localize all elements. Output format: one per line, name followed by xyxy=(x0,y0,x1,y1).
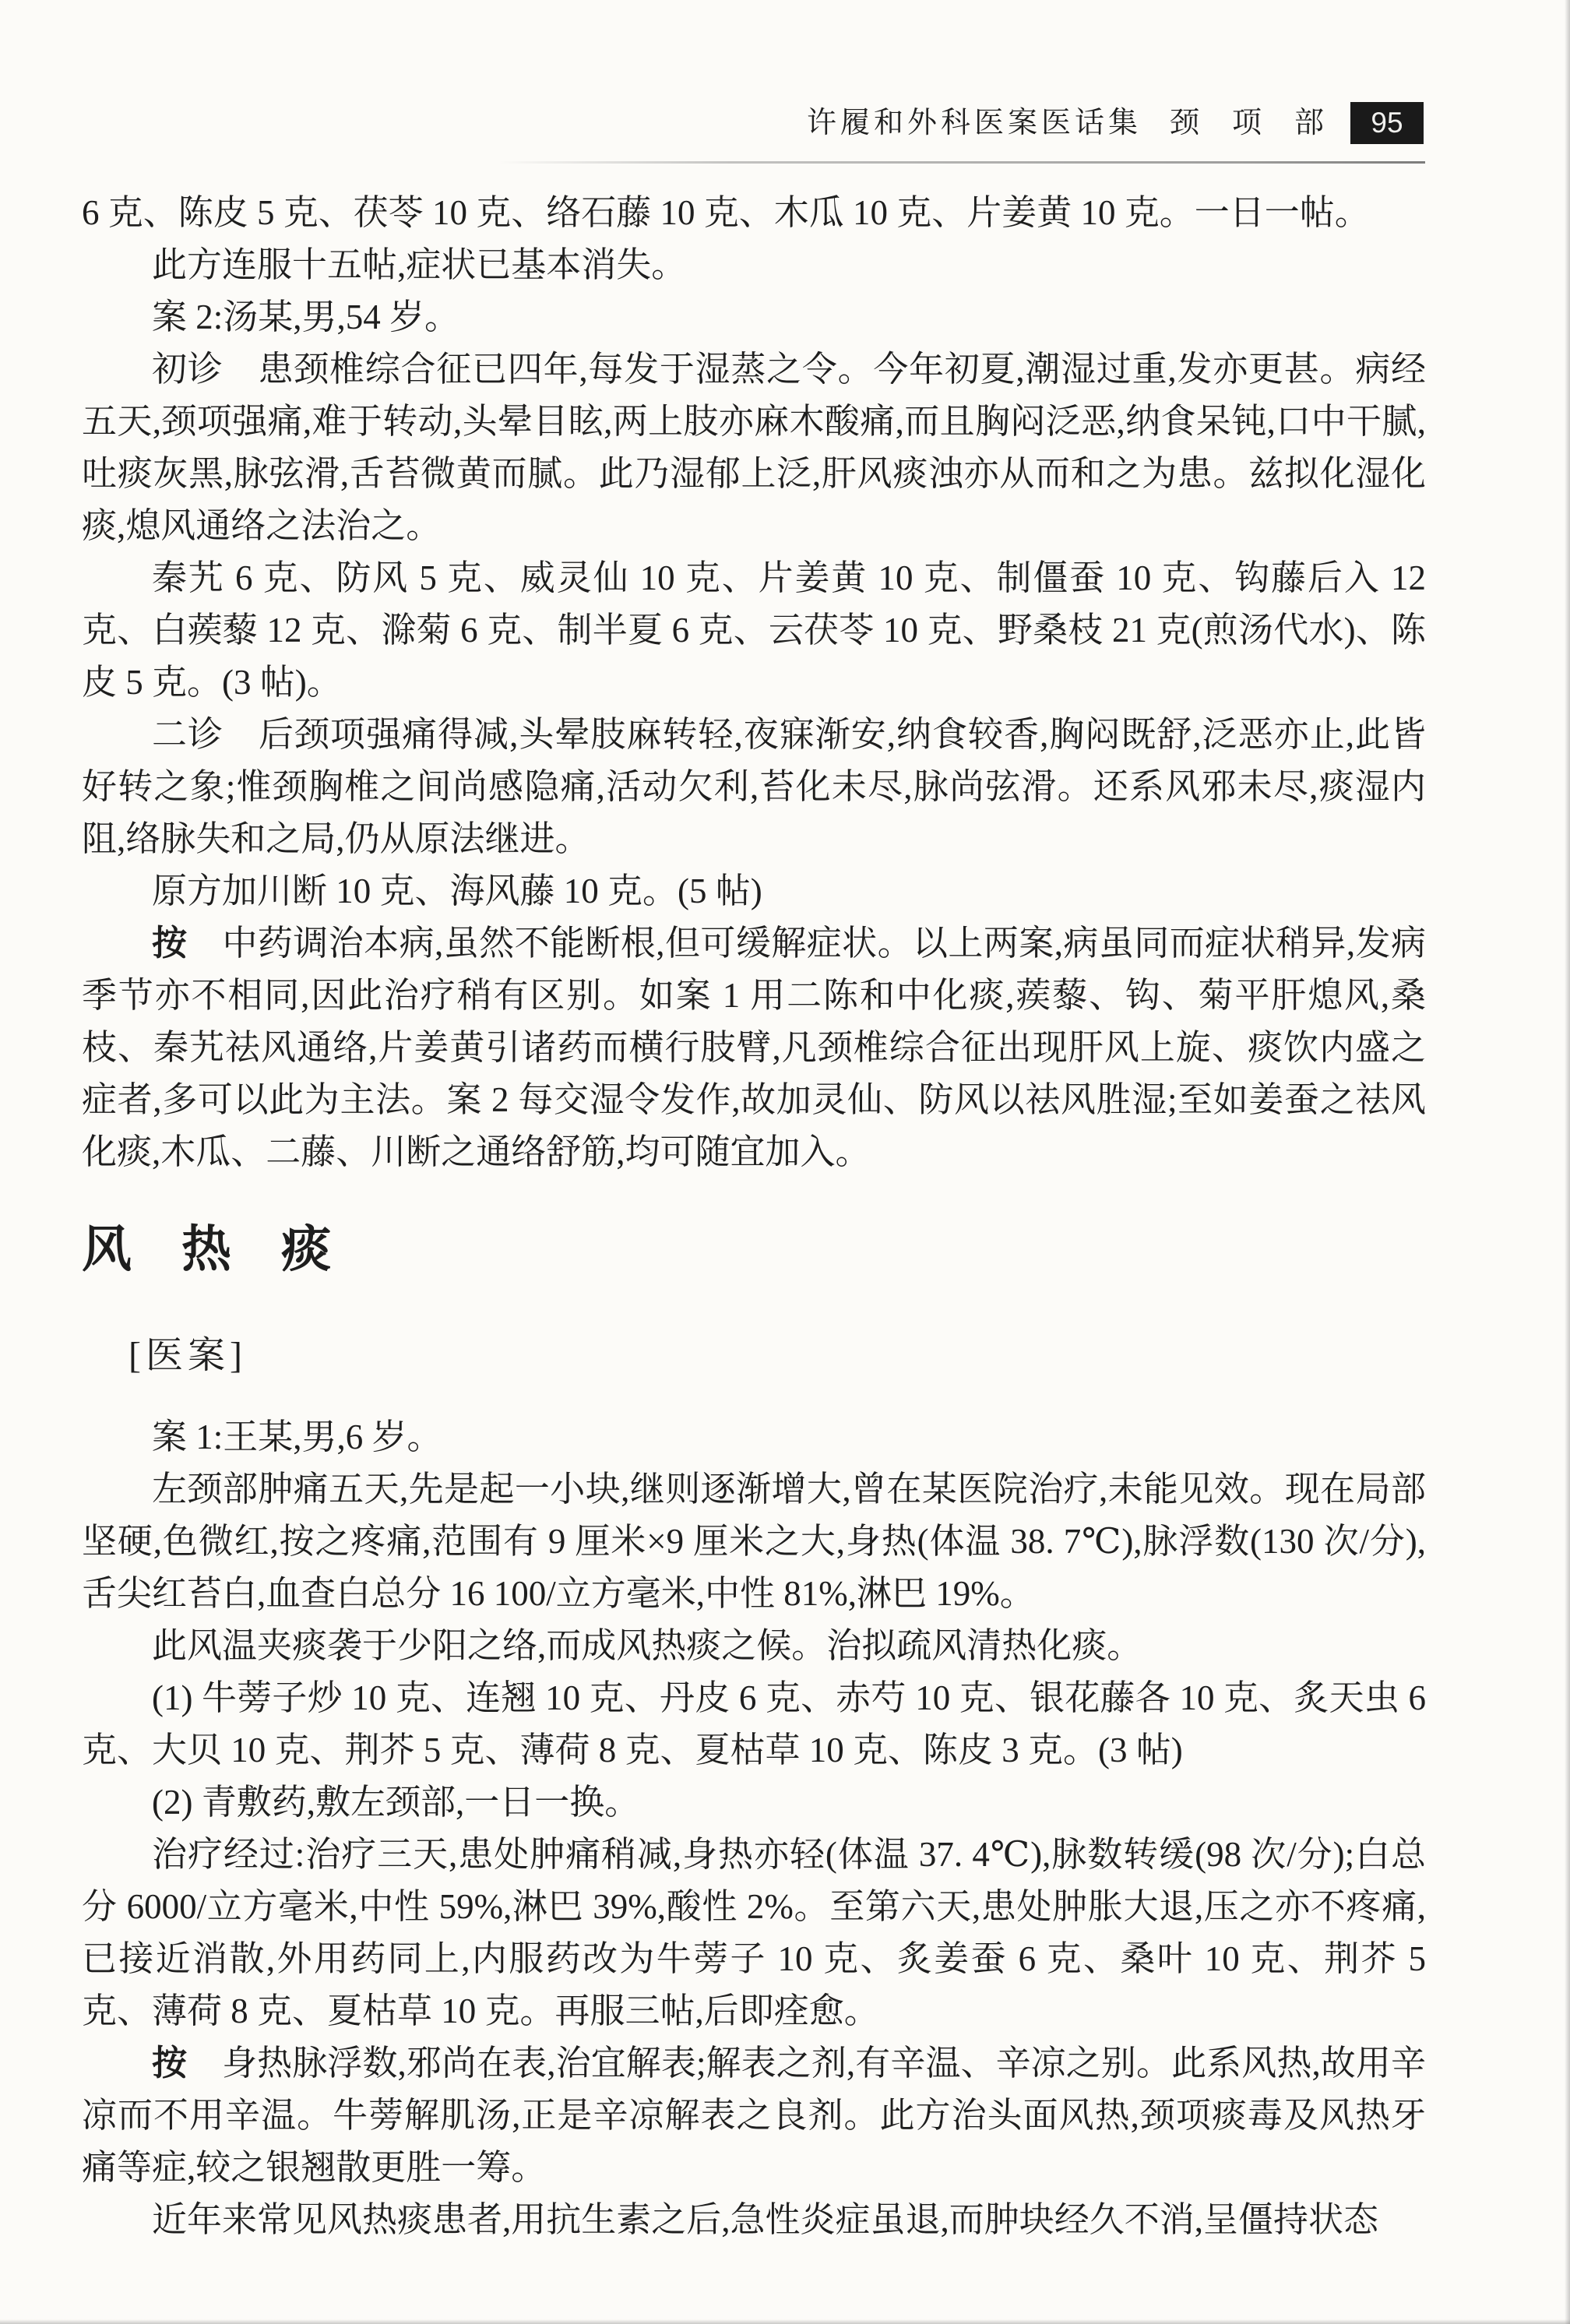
paragraph-first-visit: 初诊患颈椎综合征已四年,每发于湿蒸之令。今年初夏,潮湿过重,发亦更甚。病经五天,… xyxy=(82,343,1426,552)
paragraph-rx-continuation: 6 克、陈皮 5 克、茯苓 10 克、络石藤 10 克、木瓜 10 克、片姜黄 … xyxy=(82,187,1426,239)
commentary-2-text: 身热脉浮数,邪尚在表,治宜解表;解表之剂,有辛温、辛凉之别。此系风热,故用辛凉而… xyxy=(82,2044,1426,2187)
page-header: 许履和外科医案医话集 颈 项 部 95 xyxy=(0,101,1424,145)
section-title: 风 热 痰 xyxy=(82,1214,1426,1286)
records-label: [医案] xyxy=(128,1329,1426,1382)
paragraph-case2-header: 案 2:汤某,男,54 岁。 xyxy=(82,291,1426,343)
paragraph-rx-item-2: (2) 青敷药,敷左颈部,一日一换。 xyxy=(82,1776,1426,1829)
paragraph-diagnosis: 此风温夹痰袭于少阳之络,而成风热痰之候。治拟疏风清热化痰。 xyxy=(82,1620,1426,1672)
first-visit-label: 初诊 xyxy=(152,350,224,389)
text-block: 6 克、陈皮 5 克、茯苓 10 克、络石藤 10 克、木瓜 10 克、片姜黄 … xyxy=(82,187,1426,2246)
paragraph-case1-header: 案 1:王某,男,6 岁。 xyxy=(82,1411,1426,1463)
running-head-book-title: 许履和外科医案医话集 xyxy=(807,101,1142,145)
book-page: 许履和外科医案医话集 颈 项 部 95 6 克、陈皮 5 克、茯苓 10 克、络… xyxy=(0,0,1570,2324)
paragraph-result: 此方连服十五帖,症状已基本消失。 xyxy=(82,239,1426,291)
scan-shadow-right xyxy=(1565,0,1570,2324)
paragraph-commentary: 按中药调治本病,虽然不能断根,但可缓解症状。以上两案,病虽同而症状稍异,发病季节… xyxy=(82,917,1426,1178)
page-number-badge: 95 xyxy=(1350,102,1424,144)
scan-shadow-bottom xyxy=(0,2319,1570,2324)
paragraph-rx-item-1: (1) 牛蒡子炒 10 克、连翘 10 克、丹皮 6 克、赤芍 10 克、银花藤… xyxy=(82,1672,1426,1776)
paragraph-commentary-2: 按身热脉浮数,邪尚在表,治宜解表;解表之剂,有辛温、辛凉之别。此系风热,故用辛凉… xyxy=(82,2037,1426,2194)
second-visit-text: 后颈项强痛得减,头晕肢麻转轻,夜寐渐安,纳食较香,胸闷既舒,泛恶亦止,此皆好转之… xyxy=(82,715,1426,858)
paragraph-closing: 近年来常见风热痰患者,用抗生素之后,急性炎症虽退,而肿块经久不消,呈僵持状态 xyxy=(82,2194,1426,2246)
header-rule xyxy=(498,161,1425,164)
paragraph-prescription-1: 秦艽 6 克、防风 5 克、威灵仙 10 克、片姜黄 10 克、制僵蚕 10 克… xyxy=(82,552,1426,709)
commentary-text: 中药调治本病,虽然不能断根,但可缓解症状。以上两案,病虽同而症状稍异,发病季节亦… xyxy=(82,924,1426,1171)
second-visit-label: 二诊 xyxy=(152,715,224,754)
commentary-2-label: 按 xyxy=(152,2044,187,2083)
running-head-section: 颈 项 部 xyxy=(1170,101,1325,145)
paragraph-treatment-course: 治疗经过:治疗三天,患处肿痛稍减,身热亦轻(体温 37. 4℃),脉数转缓(98… xyxy=(82,1829,1426,2037)
commentary-label: 按 xyxy=(152,924,187,963)
paragraph-second-visit: 二诊后颈项强痛得减,头晕肢麻转轻,夜寐渐安,纳食较香,胸闷既舒,泛恶亦止,此皆好… xyxy=(82,709,1426,865)
paragraph-presentation: 左颈部肿痛五天,先是起一小块,继则逐渐增大,曾在某医院治疗,未能见效。现在局部坚… xyxy=(82,1463,1426,1620)
paragraph-prescription-2: 原方加川断 10 克、海风藤 10 克。(5 帖) xyxy=(82,865,1426,917)
first-visit-text: 患颈椎综合征已四年,每发于湿蒸之令。今年初夏,潮湿过重,发亦更甚。病经五天,颈项… xyxy=(82,350,1426,545)
